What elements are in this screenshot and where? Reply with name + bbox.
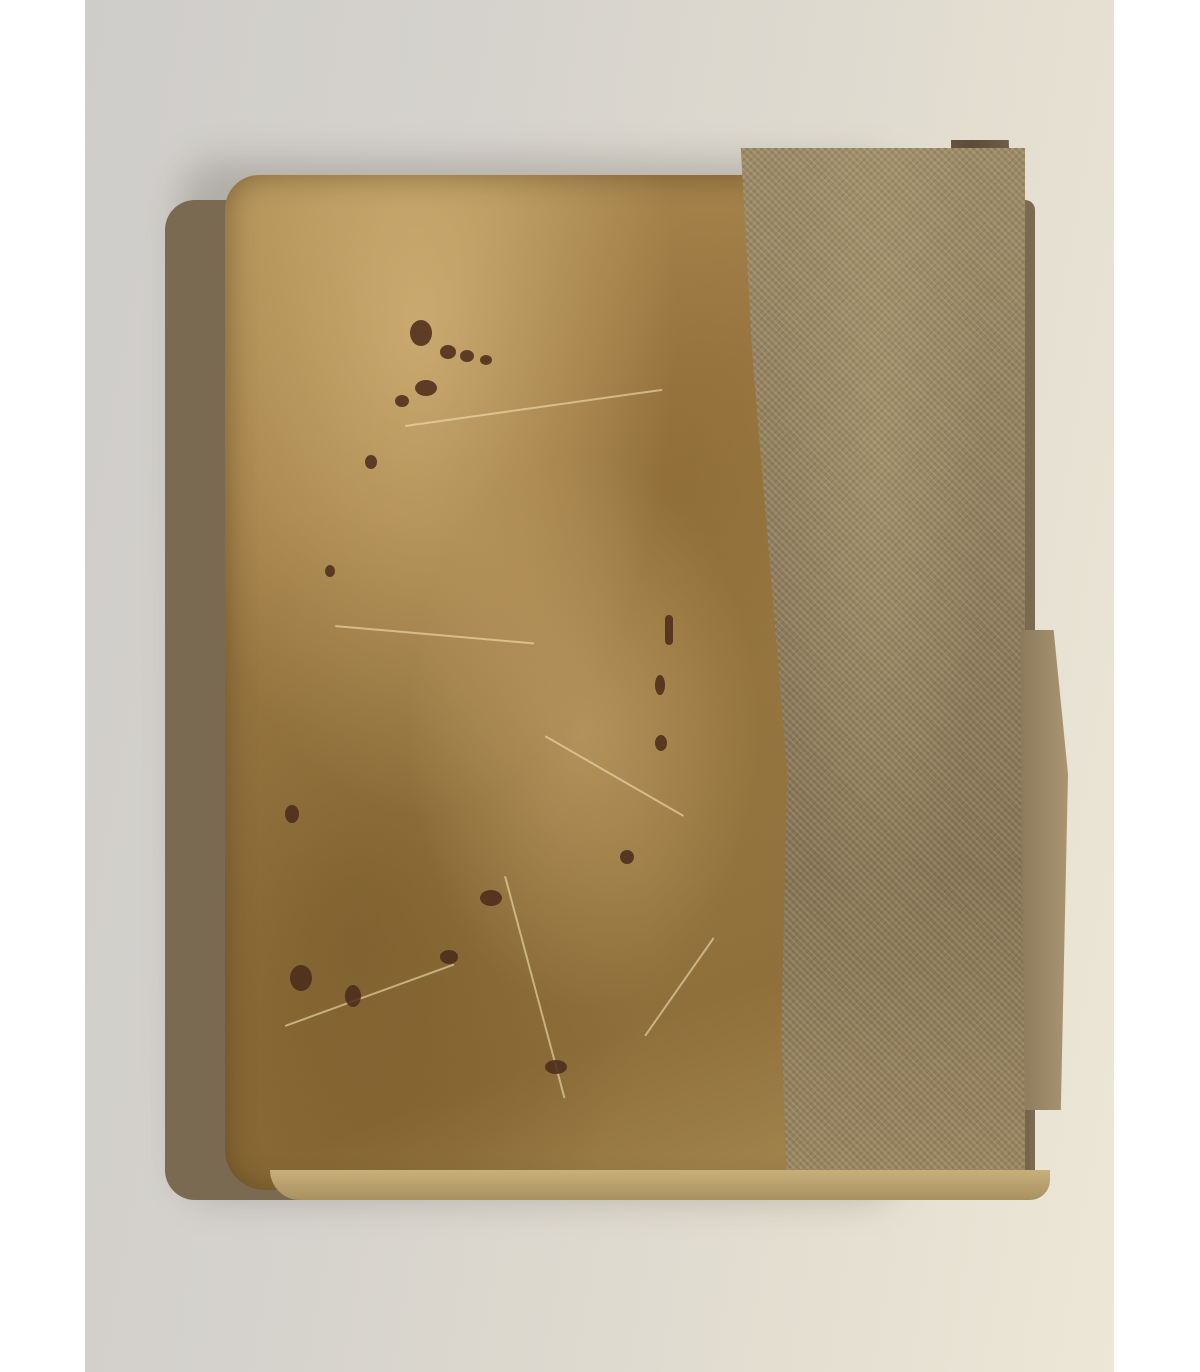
ink-stain (410, 320, 432, 346)
ink-stain (285, 805, 299, 823)
ink-stain (440, 950, 458, 964)
ink-stain (620, 850, 634, 864)
ink-stain (395, 395, 409, 407)
ink-stain (655, 675, 665, 695)
ink-stain (325, 565, 335, 577)
ink-stain (415, 380, 437, 396)
loose-cloth-tab (1020, 630, 1068, 1110)
ink-stain (655, 735, 667, 751)
page-bottom-edge (270, 1170, 1050, 1200)
ink-stain (480, 355, 492, 365)
ink-stain (290, 965, 312, 991)
cover-crack (644, 937, 714, 1036)
ink-stain (345, 985, 361, 1007)
ink-stain (440, 345, 456, 359)
cover-crack (405, 389, 663, 427)
ink-stain (545, 1060, 567, 1074)
ink-stain (665, 615, 673, 645)
photo (85, 0, 1114, 1372)
ink-stain (365, 455, 377, 469)
ink-stain (480, 890, 502, 906)
ink-stain (460, 350, 474, 362)
cover-crack (335, 625, 534, 644)
